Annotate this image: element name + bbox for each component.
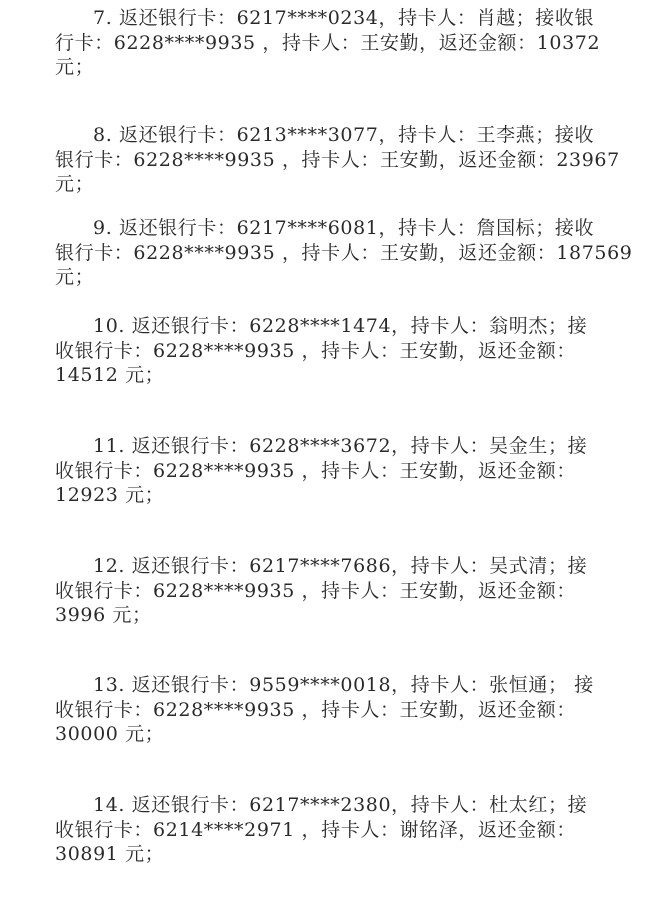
item-line: 行卡：6228****9935 ，持卡人：王安勤，返还金额：10372 bbox=[55, 31, 607, 56]
item-line: 收银行卡：6214****2971 ，持卡人：谢铭泽，返还金额： bbox=[55, 818, 607, 843]
item-line: 收银行卡：6228****9935 ，持卡人：王安勤，返还金额： bbox=[55, 459, 607, 484]
item-line: 元； bbox=[55, 265, 607, 290]
item-line: 12. 返还银行卡：6217****7686，持卡人：吴式清；接 bbox=[55, 554, 607, 579]
item-line: 银行卡：6228****9935 ，持卡人：王安勤，返还金额：187569 bbox=[55, 241, 607, 266]
item-line: 30891 元； bbox=[55, 842, 607, 867]
item-line: 12923 元； bbox=[55, 483, 607, 508]
refund-item-12: 12. 返还银行卡：6217****7686，持卡人：吴式清；接 收银行卡：62… bbox=[55, 554, 607, 628]
item-line: 元； bbox=[55, 172, 607, 197]
item-line: 元； bbox=[55, 55, 607, 80]
refund-item-9: 9. 返还银行卡：6217****6081，持卡人：詹国标；接收 银行卡：622… bbox=[55, 216, 607, 290]
item-line: 7. 返还银行卡：6217****0234，持卡人：肖越；接收银 bbox=[55, 6, 607, 31]
item-line: 9. 返还银行卡：6217****6081，持卡人：詹国标；接收 bbox=[55, 216, 607, 241]
item-line: 13. 返还银行卡：9559****0018，持卡人：张恒通； 接 bbox=[55, 673, 607, 698]
item-line: 14. 返还银行卡：6217****2380，持卡人：杜太红；接 bbox=[55, 793, 607, 818]
item-line: 30000 元； bbox=[55, 722, 607, 747]
item-line: 收银行卡：6228****9935 ，持卡人：王安勤，返还金额： bbox=[55, 698, 607, 723]
refund-item-11: 11. 返还银行卡：6228****3672，持卡人：吴金生；接 收银行卡：62… bbox=[55, 434, 607, 508]
refund-item-13: 13. 返还银行卡：9559****0018，持卡人：张恒通； 接 收银行卡：6… bbox=[55, 673, 607, 747]
item-line: 3996 元； bbox=[55, 603, 607, 628]
refund-item-8: 8. 返还银行卡：6213****3077，持卡人：王李燕；接收 银行卡：622… bbox=[55, 123, 607, 197]
refund-item-10: 10. 返还银行卡：6228****1474，持卡人：翁明杰；接 收银行卡：62… bbox=[55, 314, 607, 388]
item-line: 收银行卡：6228****9935 ，持卡人：王安勤，返还金额： bbox=[55, 579, 607, 604]
item-line: 11. 返还银行卡：6228****3672，持卡人：吴金生；接 bbox=[55, 434, 607, 459]
item-line: 8. 返还银行卡：6213****3077，持卡人：王李燕；接收 bbox=[55, 123, 607, 148]
item-line: 收银行卡：6228****9935 ，持卡人：王安勤，返还金额： bbox=[55, 339, 607, 364]
item-line: 银行卡：6228****9935 ，持卡人：王安勤，返还金额：23967 bbox=[55, 148, 607, 173]
item-line: 14512 元； bbox=[55, 363, 607, 388]
item-line: 10. 返还银行卡：6228****1474，持卡人：翁明杰；接 bbox=[55, 314, 607, 339]
refund-item-7: 7. 返还银行卡：6217****0234，持卡人：肖越；接收银 行卡：6228… bbox=[55, 6, 607, 80]
refund-item-14: 14. 返还银行卡：6217****2380，持卡人：杜太红；接 收银行卡：62… bbox=[55, 793, 607, 867]
